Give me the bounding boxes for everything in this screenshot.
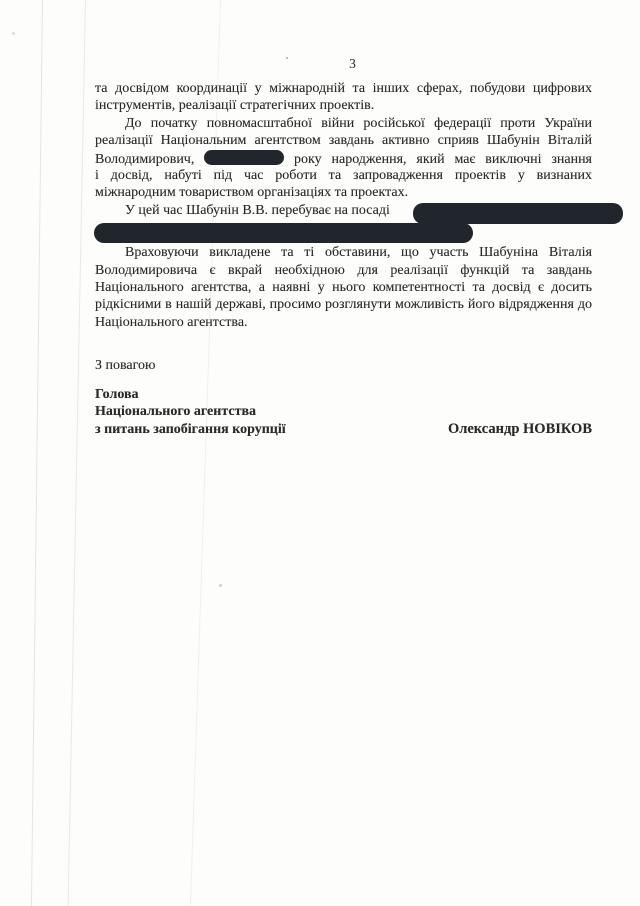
- text-segment: року народження, який має виключні знанн…: [294, 152, 592, 167]
- text-segment: Володимирович,: [95, 152, 194, 167]
- page-number: 3: [95, 56, 592, 72]
- text-line: та досвідом координації у міжнародній та…: [95, 80, 592, 97]
- signature-block: Голова Національного агентства з питань …: [95, 386, 592, 438]
- body-text: та досвідом координації у міжнародній та…: [95, 80, 592, 438]
- text-line: Національного агентства.: [95, 314, 592, 331]
- signature-title-line: Голова: [95, 386, 592, 403]
- text-line: інструментів, реалізації стратегічних пр…: [95, 97, 592, 114]
- text-line: Володимировича є вкрай необхідною для ре…: [95, 262, 592, 279]
- text-line-with-redaction: Володимирович, року народження, який має…: [95, 150, 592, 167]
- scan-artifact-line: [31, 0, 43, 906]
- text-line-with-redaction: У цей час Шабунін В.В. перебуває на поса…: [95, 202, 592, 219]
- redacted-line: [95, 223, 592, 243]
- text-line: міжнародним товариством організаціях та …: [95, 184, 592, 201]
- scan-speck: [219, 584, 222, 587]
- document-page: 3 та досвідом координації у міжнародній …: [0, 0, 640, 906]
- text-line: До початку повномасштабної війни російсь…: [95, 115, 592, 132]
- text-line: Враховуючи викладене та ті обставини, що…: [95, 244, 592, 261]
- signature-title-line: Національного агентства: [95, 403, 592, 420]
- birth-date-redaction-bar: [204, 150, 284, 165]
- text-line: рідкісними в нашій державі, просимо розг…: [95, 296, 592, 313]
- text-line: реалізації Національним агентством завда…: [95, 132, 592, 149]
- text-line: і досвід, набуті під час роботи та запро…: [95, 167, 592, 184]
- text-line: Національного агентства, а наявні у ньог…: [95, 279, 592, 296]
- position-redaction-bar-2: [94, 223, 473, 243]
- closing-salutation: З повагою: [95, 357, 592, 374]
- text-segment: У цей час Шабунін В.В. перебуває на поса…: [125, 203, 390, 218]
- scan-artifact-line: [68, 0, 86, 906]
- position-redaction-bar-1: [413, 203, 623, 224]
- signature-name: Олександр НОВІКОВ: [448, 421, 592, 438]
- scan-speck: [12, 32, 15, 35]
